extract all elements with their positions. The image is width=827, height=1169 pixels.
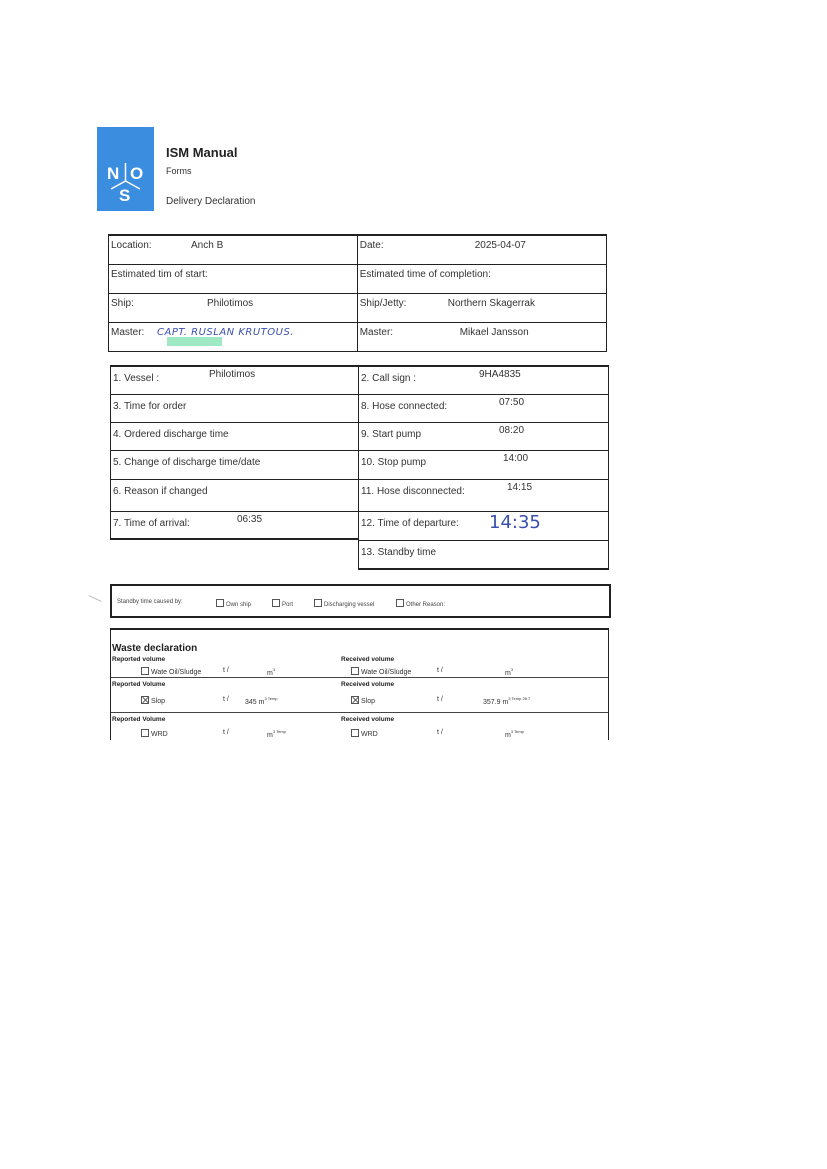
- checkbox-icon[interactable]: [314, 599, 322, 607]
- checkbox-icon[interactable]: [351, 729, 359, 737]
- ops-value: Philotimos: [209, 369, 255, 380]
- reported-tonnes-label: t /: [223, 729, 229, 736]
- received-volume-value: m3 Temp: [505, 729, 524, 739]
- ops-row-right-1[interactable]: 8. Hose connected:07:50: [359, 395, 608, 423]
- master-right-field[interactable]: Master:Mikael Jansson: [357, 323, 606, 352]
- checkbox-icon[interactable]: [351, 667, 359, 675]
- reported-item-wate-oil-sludge[interactable]: Wate Oil/Sludge: [141, 667, 201, 676]
- ship-jetty-field[interactable]: Ship/Jetty:Northern Skagerrak: [357, 294, 606, 323]
- checkbox-icon[interactable]: [141, 696, 149, 704]
- waste-row-divider: [111, 677, 608, 678]
- ops-label: 5. Change of discharge time/date: [113, 457, 260, 468]
- ship-jetty-value: Northern Skagerrak: [448, 298, 535, 309]
- ops-row-left-2[interactable]: 4. Ordered discharge time: [111, 423, 359, 451]
- svg-text:S: S: [119, 186, 130, 205]
- ops-row-right-4[interactable]: 11. Hose disconnected:14:15: [359, 480, 608, 512]
- received-item-wate-oil-sludge[interactable]: Wate Oil/Sludge: [351, 667, 411, 676]
- received-item-slop[interactable]: Slop: [351, 696, 375, 705]
- ops-row-left-5[interactable]: 7. Time of arrival:06:35: [111, 512, 359, 540]
- ops-row-right-5[interactable]: 12. Time of departure:14:35: [359, 512, 608, 541]
- ops-label: 2. Call sign :: [361, 373, 416, 384]
- manual-title: ISM Manual: [166, 145, 238, 160]
- reported-volume-value: 345 m3 Temp: [245, 696, 278, 706]
- checkbox-icon[interactable]: [216, 599, 224, 607]
- checkbox-icon[interactable]: [141, 729, 149, 737]
- est-completion-field[interactable]: Estimated time of completion:: [357, 265, 606, 294]
- general-info-table: Location:Anch B Date:2025-04-07 Estimate…: [108, 234, 607, 352]
- reported-volume-value: m3 Temp: [267, 729, 286, 739]
- ops-row-left-0[interactable]: 1. Vessel :Philotimos: [111, 367, 359, 395]
- ship-field[interactable]: Ship:Philotimos: [109, 294, 358, 323]
- standby-option-other[interactable]: Other Reason:: [396, 599, 445, 608]
- date-value: 2025-04-07: [475, 240, 526, 251]
- ops-label: 10. Stop pump: [361, 457, 426, 468]
- svg-text:N: N: [107, 164, 119, 183]
- ops-label: 4. Ordered discharge time: [113, 429, 229, 440]
- checkbox-icon[interactable]: [272, 599, 280, 607]
- nos-logo: N O S: [97, 127, 154, 211]
- received-tonnes-label: t /: [437, 696, 443, 703]
- reported-item-slop[interactable]: Slop: [141, 696, 165, 705]
- received-volume-heading: Received volume: [341, 716, 394, 723]
- document-name: Delivery Declaration: [166, 196, 255, 207]
- waste-title: Waste declaration: [112, 643, 197, 654]
- wind-turbine-icon: N O S: [97, 127, 154, 211]
- ops-row-right-3[interactable]: 10. Stop pump14:00: [359, 451, 608, 480]
- master-left-field[interactable]: Master:CAPT. RUSLAN KRUTOUS.: [109, 323, 358, 352]
- waste-row-divider: [111, 712, 608, 713]
- reported-item-wrd[interactable]: WRD: [141, 729, 168, 738]
- ops-value: 08:20: [499, 425, 524, 436]
- standby-option-discharging-vessel[interactable]: Discharging vessel: [314, 599, 374, 608]
- ops-label: 1. Vessel :: [113, 373, 159, 384]
- svg-text:O: O: [130, 164, 143, 183]
- highlighter-mark: [167, 337, 222, 346]
- standby-option-own-ship[interactable]: Own ship: [216, 599, 251, 608]
- ops-row-right-6[interactable]: 13. Standby time: [359, 541, 608, 570]
- received-volume-value: 357.9 m3 Temp 28.7: [483, 696, 530, 706]
- checkbox-icon[interactable]: [141, 667, 149, 675]
- reported-tonnes-label: t /: [223, 667, 229, 674]
- reported-volume-value: m3: [267, 667, 275, 677]
- standby-label: Standby time caused by:: [117, 599, 183, 605]
- est-start-field[interactable]: Estimated tim of start:: [109, 265, 358, 294]
- ops-value: 14:35: [489, 512, 541, 533]
- location-value: Anch B: [191, 240, 223, 251]
- standby-option-port[interactable]: Port: [272, 599, 293, 608]
- scan-mark: [88, 595, 101, 602]
- received-volume-heading: Received volume: [341, 681, 394, 688]
- received-tonnes-label: t /: [437, 667, 443, 674]
- ops-label: 8. Hose connected:: [361, 401, 447, 412]
- reported-volume-heading: Reported Volume: [112, 681, 165, 688]
- reported-volume-heading: Reported volume: [112, 656, 165, 663]
- ops-value: 9HA4835: [479, 369, 521, 380]
- reported-volume-heading: Reported Volume: [112, 716, 165, 723]
- date-field[interactable]: Date:2025-04-07: [357, 235, 606, 265]
- received-volume-heading: Received volume: [341, 656, 394, 663]
- checkbox-icon[interactable]: [396, 599, 404, 607]
- standby-cause-box: Standby time caused by: Own ship Port Di…: [110, 584, 611, 618]
- received-volume-value: m3: [505, 667, 513, 677]
- received-item-wrd[interactable]: WRD: [351, 729, 378, 738]
- ops-label: 6. Reason if changed: [113, 486, 208, 497]
- ops-row-right-2[interactable]: 9. Start pump08:20: [359, 423, 608, 451]
- ship-value: Philotimos: [207, 298, 253, 309]
- ops-label: 12. Time of departure:: [361, 518, 459, 529]
- ops-value: 07:50: [499, 397, 524, 408]
- location-field[interactable]: Location:Anch B: [109, 235, 358, 265]
- ops-row-left-4[interactable]: 6. Reason if changed: [111, 480, 359, 512]
- master-right-value: Mikael Jansson: [460, 327, 529, 338]
- ops-label: 7. Time of arrival:: [113, 518, 190, 529]
- checkbox-icon[interactable]: [351, 696, 359, 704]
- master-left-value: CAPT. RUSLAN KRUTOUS.: [157, 327, 294, 338]
- ops-value: 14:00: [503, 453, 528, 464]
- reported-tonnes-label: t /: [223, 696, 229, 703]
- ops-label: 11. Hose disconnected:: [361, 486, 465, 497]
- ops-value: 14:15: [507, 482, 532, 493]
- manual-subtitle: Forms: [166, 166, 192, 176]
- received-tonnes-label: t /: [437, 729, 443, 736]
- ops-row-right-0[interactable]: 2. Call sign :9HA4835: [359, 367, 608, 395]
- ops-label: 13. Standby time: [361, 547, 436, 558]
- ops-value: 06:35: [237, 514, 262, 525]
- ops-row-left-1[interactable]: 3. Time for order: [111, 395, 359, 423]
- ops-label: 3. Time for order: [113, 401, 186, 412]
- ops-label: 9. Start pump: [361, 429, 421, 440]
- ops-row-left-3[interactable]: 5. Change of discharge time/date: [111, 451, 359, 480]
- waste-declaration: Waste declaration Reported volumeWate Oi…: [110, 628, 609, 740]
